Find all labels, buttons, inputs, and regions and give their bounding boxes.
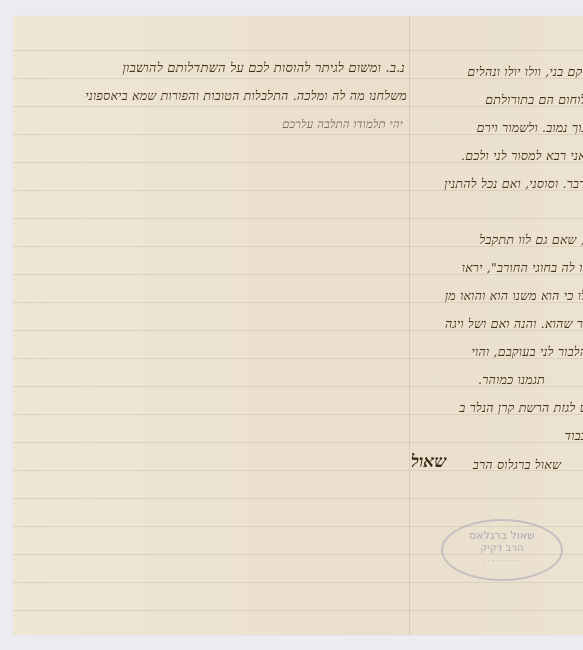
letter-line-11: תגמנו כמוהר. bbox=[478, 372, 545, 388]
page-fold bbox=[409, 16, 410, 635]
rubber-stamp: שאול ברגלאס הרב דקיק · · · · · · · · · bbox=[441, 519, 563, 581]
postscript-line-2: משלחנו מה לה ומלכה. התלבלות הטובות והפור… bbox=[85, 88, 407, 104]
closing-line: שאול ברגלוס הרב bbox=[473, 457, 561, 473]
ruled-line bbox=[13, 50, 583, 51]
letter-line-3: החנוך נמוב. ולשמור וירם bbox=[477, 120, 583, 136]
postscript-line-1: נ.ב. ומשום לגיתר להוסות לכם על השתדלותם … bbox=[122, 60, 405, 76]
letter-line-2: ו צלוחום הם בתורולתם bbox=[485, 92, 583, 108]
stamp-name: שאול ברגלאס bbox=[443, 529, 561, 542]
letter-paper: נ.ב. ומשום לגיתר להוסות לכם על השתדלותם … bbox=[13, 16, 583, 635]
letter-line-13: ו בכבוד bbox=[565, 428, 583, 444]
ruled-line bbox=[13, 442, 583, 443]
stamp-title: הרב דקיק bbox=[443, 543, 561, 554]
stamp-footer: · · · · · · · · · bbox=[443, 557, 561, 565]
letter-line-6: רבי, שאם גם לוו תתקבל bbox=[479, 232, 583, 248]
letter-line-1: ה ויקם בני, וולו יולו ונהלים bbox=[467, 64, 583, 80]
ruled-line bbox=[13, 610, 583, 611]
ruled-line bbox=[13, 218, 583, 219]
letter-line-5: ן הדבר. וסוסני, ואם נכל להתנין bbox=[444, 176, 583, 192]
signature: שאול bbox=[411, 452, 446, 472]
letter-line-9: מקור שהוא. והנה ואם ושל ויגה bbox=[445, 316, 583, 332]
letter-line-12: ח"ט לגזת הרשת קרן הנלר ב bbox=[459, 400, 583, 416]
ruled-line bbox=[13, 582, 583, 583]
letter-line-7: שלוו לה בחוגי החורב", יראו bbox=[462, 260, 583, 276]
letter-line-8: הכלו כי הוא משנו הוא והואו מן bbox=[445, 288, 583, 304]
postscript-line-3: יהי תלמודו התלבה עלרכם bbox=[282, 117, 403, 131]
letter-line-4: ן, ואני רבא למסור לני ולכם. bbox=[461, 148, 583, 164]
ruled-line bbox=[13, 498, 583, 499]
letter-line-10: ו להלבור לני בעוקבם, והוי bbox=[472, 344, 583, 360]
